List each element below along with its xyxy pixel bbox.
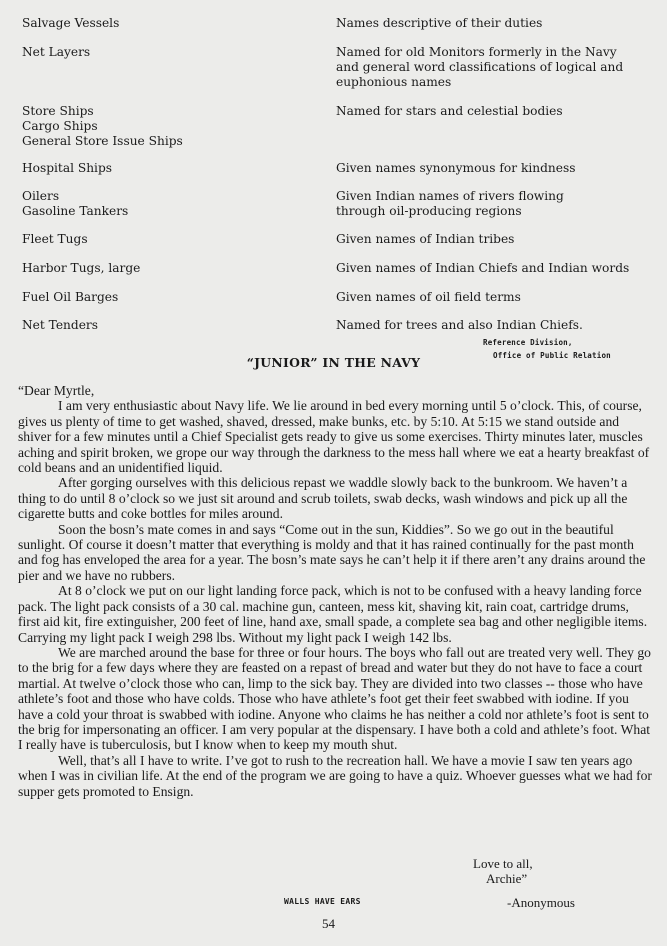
naming-rule: Given names of oil field terms (336, 290, 656, 305)
naming-rule: Named for trees and also Indian Chiefs. (336, 318, 656, 333)
attribution: -Anonymous (507, 895, 575, 910)
paragraph: After gorging ourselves with this delici… (18, 475, 653, 521)
naming-rule: Given Indian names of rivers flowing thr… (336, 189, 656, 219)
ship-type: Store Ships Cargo Ships General Store Is… (22, 104, 322, 149)
naming-rule: Given names synonymous for kindness (336, 161, 656, 176)
salutation: “Dear Myrtle, (18, 383, 653, 398)
ship-type: Net Layers (22, 45, 322, 60)
ship-type: Fleet Tugs (22, 232, 322, 247)
paragraph: We are marched around the base for three… (18, 645, 653, 753)
paragraph: I am very enthusiastic about Navy life. … (18, 398, 653, 475)
document-page: Salvage Vessels Names descriptive of the… (0, 0, 667, 946)
ship-type: Oilers Gasoline Tankers (22, 189, 322, 219)
ship-type: Harbor Tugs, large (22, 261, 322, 276)
ship-type: Salvage Vessels (22, 16, 322, 31)
naming-rule: Named for old Monitors formerly in the N… (336, 45, 656, 90)
letter-body: “Dear Myrtle, I am very enthusiastic abo… (18, 383, 653, 799)
naming-rule: Names descriptive of their duties (336, 16, 656, 31)
page-number: 54 (322, 916, 335, 932)
ship-type: Net Tenders (22, 318, 322, 333)
paragraph: At 8 o’clock we put on our light landing… (18, 583, 653, 645)
credit-line-1: Reference Division, (483, 338, 573, 347)
ship-type: Fuel Oil Barges (22, 290, 322, 305)
paragraph: Soon the bosn’s mate comes in and says “… (18, 522, 653, 584)
naming-rule: Given names of Indian tribes (336, 232, 656, 247)
naming-rule: Named for stars and celestial bodies (336, 104, 656, 119)
signature: Archie” (486, 871, 527, 886)
article-title: “JUNIOR” IN THE NAVY (0, 355, 667, 370)
footer-slogan: WALLS HAVE EARS (284, 897, 361, 906)
closing: Love to all, (473, 856, 533, 871)
naming-rule: Given names of Indian Chiefs and Indian … (336, 261, 656, 276)
ship-type: Hospital Ships (22, 161, 322, 176)
paragraph: Well, that’s all I have to write. I’ve g… (18, 753, 653, 799)
